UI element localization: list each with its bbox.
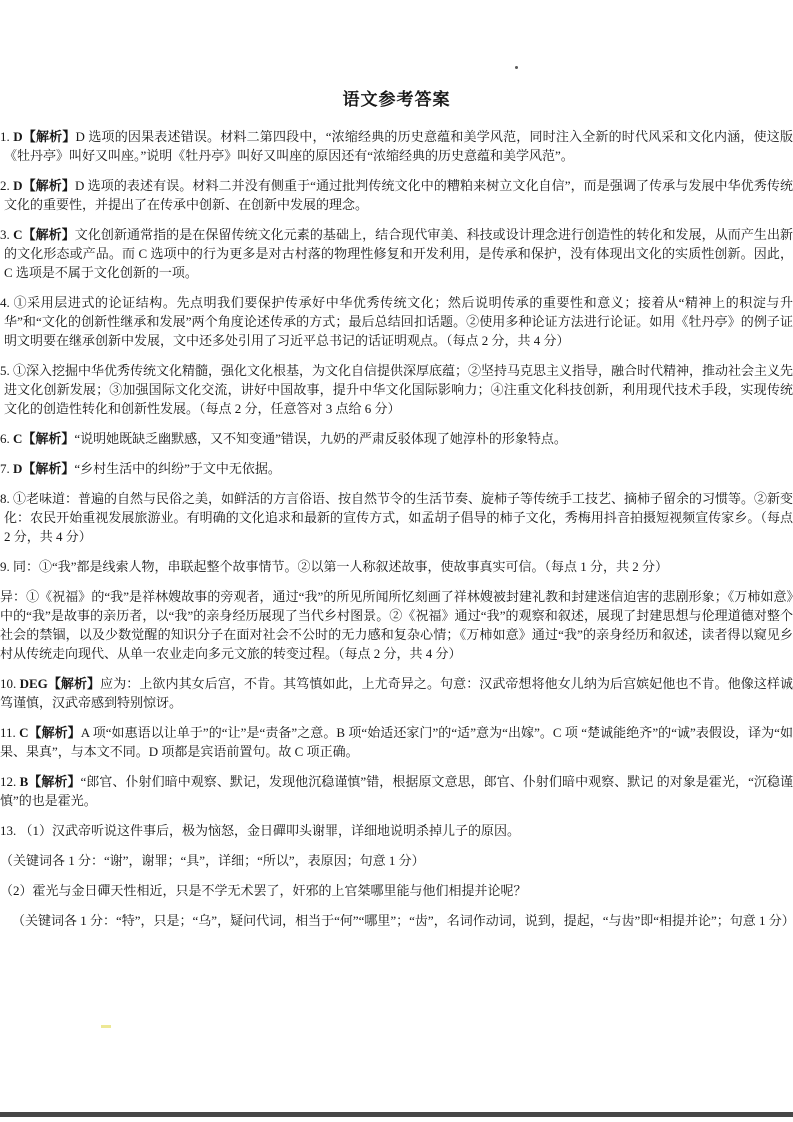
answer-item-3: 3. C【解析】文化创新通常指的是在保留传统文化元素的基础上，结合现代审美、科技… bbox=[0, 225, 793, 282]
answer-item-9-diff: 异：①《祝福》的“我”是祥林嫂故事的旁观者，通过“我”的所见所闻所忆刻画了祥林嫂… bbox=[0, 587, 793, 663]
answer-item-12: 12. B【解析】“郎官、仆射们暗中观察、默记，发现他沉稳谨慎”错，根据原文意思… bbox=[0, 772, 793, 810]
answer-13-part2-keywords: （关键词各 1 分：“特”，只是；“乌”，疑问代词，相当于“何”“哪里”；“齿”… bbox=[0, 911, 793, 930]
answer-text: D 选项的因果表述错误。材料二第四段中，“浓缩经典的历史意蕴和美学风范，同时注入… bbox=[4, 129, 793, 163]
answer-item-13: 13. （1）汉武帝听说这件事后，极为恼怒，金日磾叩头谢罪，详细地说明杀掉儿子的… bbox=[0, 821, 793, 930]
highlight-speck-artifact bbox=[101, 1025, 111, 1028]
answer-text: “郎官、仆射们暗中观察、默记，发现他沉稳谨慎”错，根据原文意思，郎官、仆射们暗中… bbox=[0, 774, 793, 808]
answer-item-1: 1. D【解析】D 选项的因果表述错误。材料二第四段中，“浓缩经典的历史意蕴和美… bbox=[0, 127, 793, 165]
answer-text: 文化创新通常指的是在保留传统文化元素的基础上，结合现代审美、科技或设计理念进行创… bbox=[4, 227, 793, 280]
answer-text: D 选项的表述有误。材料二并没有侧重于“通过批判传统文化中的糟粕来树立文化自信”… bbox=[4, 178, 793, 212]
answer-text: ①老味道：普遍的自然与民俗之美，如鲜活的方言俗语、按自然节令的生活节奏、旋柿子等… bbox=[4, 491, 793, 544]
answer-item-11: 11. C【解析】A 项“如惠语以让单于”的“让”是“责备”之意。B 项“始适还… bbox=[0, 723, 793, 761]
answer-item-8: 8. ①老味道：普遍的自然与民俗之美，如鲜活的方言俗语、按自然节令的生活节奏、旋… bbox=[0, 489, 793, 546]
answer-13-part2: （2）霍光与金日磾天性相近，只是不学无术罢了，奸邪的上官桀哪里能与他们相提并论呢… bbox=[0, 881, 793, 900]
answer-number: 12. bbox=[0, 774, 20, 789]
answer-key: B【解析】 bbox=[20, 774, 81, 789]
answer-number: 6. bbox=[0, 431, 13, 446]
answer-text: A 项“如惠语以让单于”的“让”是“责备”之意。B 项“始适还家门”的“适”意为… bbox=[0, 725, 793, 759]
answer-number: 13. bbox=[0, 823, 20, 838]
answer-key: C【解析】 bbox=[13, 227, 75, 242]
answer-key: C【解析】 bbox=[13, 431, 74, 446]
answer-number: 11. bbox=[0, 725, 19, 740]
answer-text: 同：①“我”都是线索人物，串联起整个故事情节。②以第一人称叙述故事，使故事真实可… bbox=[13, 559, 668, 574]
answer-text: （关键词各 1 分：“特”，只是；“乌”，疑问代词，相当于“何”“哪里”；“齿”… bbox=[12, 913, 793, 928]
answer-text: （1）汉武帝听说这件事后，极为恼怒，金日磾叩头谢罪，详细地说明杀掉儿子的原因。 bbox=[20, 823, 521, 838]
answer-number: 2. bbox=[0, 178, 13, 193]
answer-key: D【解析】 bbox=[13, 178, 75, 193]
answer-item-6: 6. C【解析】“说明她既缺乏幽默感，又不知变通”错误，九奶的严肃反驳体现了她淳… bbox=[0, 429, 793, 448]
answer-13-part1: 13. （1）汉武帝听说这件事后，极为恼怒，金日磾叩头谢罪，详细地说明杀掉儿子的… bbox=[0, 821, 793, 840]
answer-number: 4. bbox=[0, 295, 14, 310]
answer-text: ①采用层进式的论证结构。先点明我们要保护传承好中华优秀传统文化；然后说明传承的重… bbox=[4, 295, 793, 348]
answer-number: 9. bbox=[0, 559, 13, 574]
answer-text: 异：①《祝福》的“我”是祥林嫂故事的旁观者，通过“我”的所见所闻所忆刻画了祥林嫂… bbox=[0, 589, 793, 661]
answer-key: C【解析】 bbox=[19, 725, 81, 740]
answer-key: D【解析】 bbox=[13, 461, 74, 476]
answer-text: （2）霍光与金日磾天性相近，只是不学无术罢了，奸邪的上官桀哪里能与他们相提并论呢… bbox=[0, 883, 527, 898]
answer-number: 5. bbox=[0, 363, 13, 378]
answer-number: 8. bbox=[0, 491, 13, 506]
answer-key: DEG【解析】 bbox=[20, 676, 101, 691]
answer-13-part1-keywords: （关键词各 1 分：“谢”，谢罪；“具”，详细；“所以”，表原因；句意 1 分） bbox=[0, 851, 793, 870]
answer-text: （关键词各 1 分：“谢”，谢罪；“具”，详细；“所以”，表原因；句意 1 分） bbox=[0, 853, 425, 868]
answer-key: D【解析】 bbox=[13, 129, 75, 144]
answer-text: “说明她既缺乏幽默感，又不知变通”错误，九奶的严肃反驳体现了她淳朴的形象特点。 bbox=[74, 431, 567, 446]
answer-item-4: 4. ①采用层进式的论证结构。先点明我们要保护传承好中华优秀传统文化；然后说明传… bbox=[0, 293, 793, 350]
page-title: 语文参考答案 bbox=[0, 0, 793, 113]
answer-text: “乡村生活中的纠纷”于文中无依据。 bbox=[74, 461, 281, 476]
document-page: 语文参考答案 1. D【解析】D 选项的因果表述错误。材料二第四段中，“浓缩经典… bbox=[0, 0, 793, 1122]
answer-text: 应为：上欲内其女后宫，不肯。其笃慎如此，上尤奇异之。句意：汉武帝想将他女儿纳为后… bbox=[0, 676, 793, 710]
answer-number: 10. bbox=[0, 676, 20, 691]
answer-item-10: 10. DEG【解析】应为：上欲内其女后宫，不肯。其笃慎如此，上尤奇异之。句意：… bbox=[0, 674, 793, 712]
answer-text: ①深入挖掘中华优秀传统文化精髓，强化文化根基，为文化自信提供深厚底蕴；②坚持马克… bbox=[4, 363, 793, 416]
bottom-divider bbox=[0, 1112, 793, 1117]
answer-item-2: 2. D【解析】D 选项的表述有误。材料二并没有侧重于“通过批判传统文化中的糟粕… bbox=[0, 176, 793, 214]
answer-item-7: 7. D【解析】“乡村生活中的纠纷”于文中无依据。 bbox=[0, 459, 793, 478]
stray-dot-artifact bbox=[515, 66, 518, 69]
answer-number: 1. bbox=[0, 129, 13, 144]
answer-item-5: 5. ①深入挖掘中华优秀传统文化精髓，强化文化根基，为文化自信提供深厚底蕴；②坚… bbox=[0, 361, 793, 418]
answer-number: 7. bbox=[0, 461, 13, 476]
answer-item-9-same: 9. 同：①“我”都是线索人物，串联起整个故事情节。②以第一人称叙述故事，使故事… bbox=[0, 557, 793, 576]
answer-number: 3. bbox=[0, 227, 13, 242]
